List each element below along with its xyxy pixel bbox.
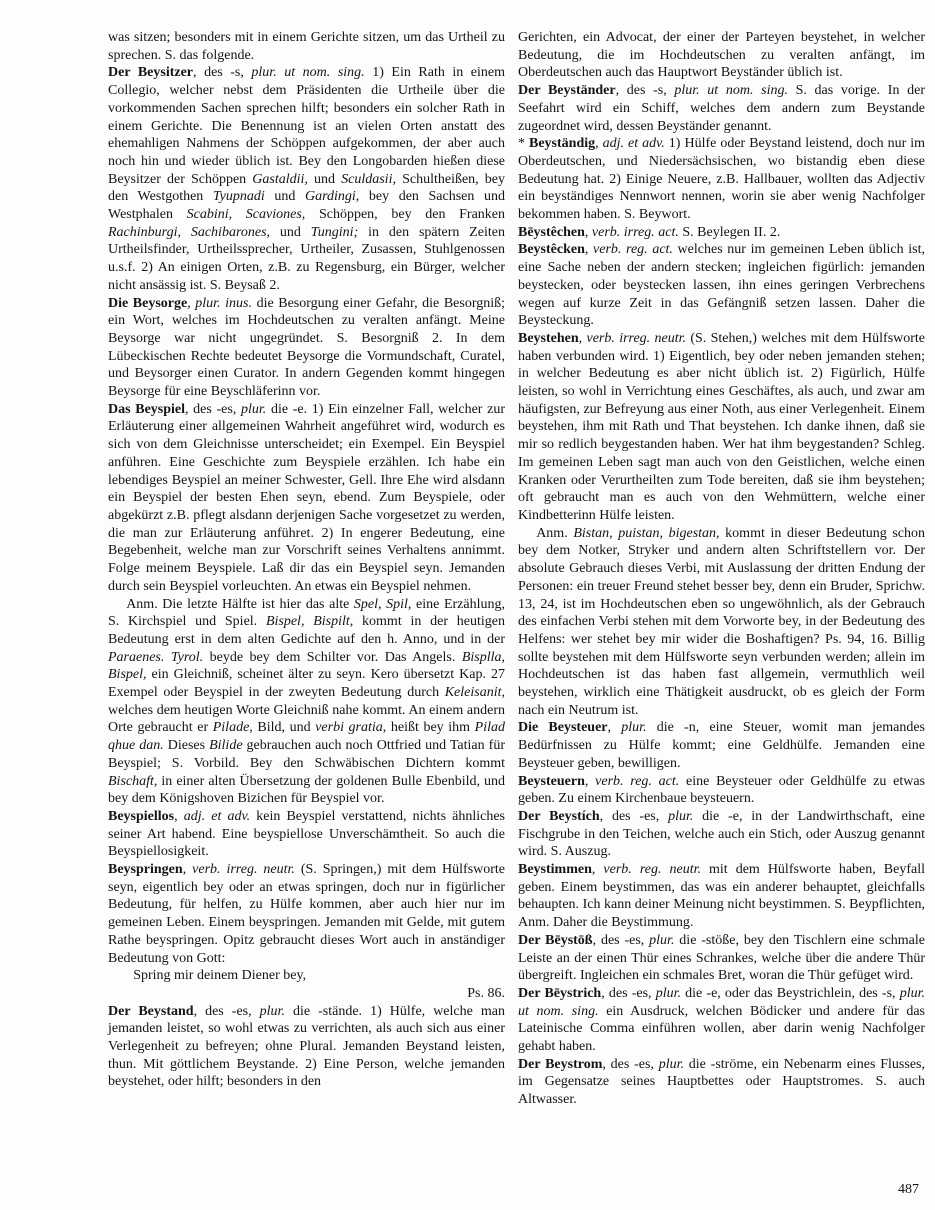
- text-run: , des -es,: [185, 402, 241, 417]
- entry-beysitzen-continuation: was sitzen; besonders mit in einem Geric…: [108, 29, 505, 64]
- entry-der-beystoss: Der Bēystōß, des -es, plur. die -stöße, …: [518, 932, 925, 985]
- entry-der-beystaender: Der Beyständer, des -s, plur. ut nom. si…: [518, 82, 925, 135]
- entry-die-beysorge: Die Beysorge, plur. inus. die Besorgung …: [108, 295, 505, 401]
- text-run: Anm. Die letzte Hälfte ist hier das alte: [126, 597, 354, 612]
- entry-beystehen: Beystehen, verb. irreg. neutr. (S. Stehe…: [518, 330, 925, 525]
- anm-beyspiel: Anm. Die letzte Hälfte ist hier das alte…: [108, 596, 505, 808]
- right-column: Gerichten, ein Advocat, der einer der Pa…: [518, 29, 925, 1109]
- text-run: Bistan, puistan, bigestan,: [573, 526, 719, 541]
- text-run: heißt bey ihm: [386, 720, 474, 735]
- headword: Die Beysorge: [108, 296, 187, 311]
- text-run: ,: [585, 225, 592, 240]
- text-run: ,: [585, 242, 593, 257]
- entry-die-beysteuer: Die Beysteuer, plur. die -n, eine Steuer…: [518, 719, 925, 772]
- text-run: (S. Springen,) mit dem Hülfsworte seyn, …: [108, 862, 505, 966]
- text-area: was sitzen; besonders mit in einem Geric…: [0, 0, 935, 1109]
- headword: Das Beyspiel: [108, 402, 185, 417]
- text-run: ,: [183, 862, 192, 877]
- entry-der-beystrich: Der Bēystrich, des -es, plur. die -e, od…: [518, 985, 925, 1056]
- text-run: verb. irreg. act.: [592, 225, 679, 240]
- text-run: plur.: [659, 1057, 684, 1072]
- text-run: plur.: [260, 1004, 285, 1019]
- text-run: verb. reg. act.: [593, 242, 673, 257]
- headword: Der Beystrom: [518, 1057, 602, 1072]
- headword: Der Beystích: [518, 809, 600, 824]
- text-run: Paraenes. Tyrol.: [108, 650, 203, 665]
- entry-beystimmen: Beystimmen, verb. reg. neutr. mit dem Hü…: [518, 861, 925, 932]
- headword: Die Beysteuer: [518, 720, 608, 735]
- headword: Bēystêchen: [518, 225, 585, 240]
- text-run: plur.: [621, 720, 646, 735]
- entry-beyspringen: Beyspringen, verb. irreg. neutr. (S. Spr…: [108, 861, 505, 967]
- text-run: Gerichten, ein Advocat, der einer der Pa…: [518, 30, 925, 80]
- entry-der-beystich: Der Beystích, des -es, plur. die -e, in …: [518, 808, 925, 861]
- text-run: beyde bey dem Schilter vor. Das Angels.: [203, 650, 462, 665]
- entry-beysteuern: Beysteuern, verb. reg. act. eine Beysteu…: [518, 773, 925, 808]
- text-run: Spring mir deinem Diener bey,: [133, 968, 306, 983]
- text-run: Ps. 86.: [467, 986, 505, 1001]
- text-run: plur. inus.: [195, 296, 252, 311]
- text-run: , des -es,: [601, 986, 655, 1001]
- dictionary-page: was sitzen; besonders mit in einem Geric…: [0, 0, 935, 1210]
- text-run: 1) Ein Rath in einem Collegio, welcher n…: [108, 65, 505, 186]
- text-run: ,: [585, 774, 595, 789]
- text-run: Gastaldii,: [252, 172, 308, 187]
- text-run: die Besorgung einer Gefahr, die Besorgni…: [108, 296, 505, 400]
- headword: Der Beystand: [108, 1004, 194, 1019]
- text-run: , des -s,: [616, 83, 675, 98]
- entry-beystechen: Bēystêchen, verb. irreg. act. S. Beylege…: [518, 224, 925, 242]
- entry-beystand-continuation: Gerichten, ein Advocat, der einer der Pa…: [518, 29, 925, 82]
- text-run: Bispel, Bispilt,: [266, 614, 353, 629]
- entry-beyspiellos: Beyspiellos, adj. et adv. kein Beyspiel …: [108, 808, 505, 861]
- text-run: verb. irreg. neutr.: [587, 331, 687, 346]
- text-run: Keleisanit,: [445, 685, 505, 700]
- text-run: ,: [608, 720, 622, 735]
- text-run: kommt in dieser Bedeutung schon bey dem …: [518, 526, 925, 718]
- headword: Der Beysitzer: [108, 65, 193, 80]
- entry-beystaendig: * Beyständig, adj. et adv. 1) Hülfe oder…: [518, 135, 925, 224]
- text-run: die -e, oder das Beystrichlein, des -s,: [681, 986, 900, 1001]
- text-run: S. Beylegen II. 2.: [679, 225, 780, 240]
- text-run: die -e. 1) Ein einzelner Fall, welcher z…: [108, 402, 505, 594]
- text-run: adj. et adv.: [603, 136, 665, 151]
- entry-beystecken: Beystêcken, verb. reg. act. welches nur …: [518, 241, 925, 330]
- text-run: Tyupnadi: [213, 189, 265, 204]
- text-run: Bischaft,: [108, 774, 157, 789]
- text-run: Dieses: [164, 738, 209, 753]
- text-run: ,: [579, 331, 587, 346]
- text-run: , des -es,: [600, 809, 668, 824]
- headword: Beyständig: [529, 136, 595, 151]
- text-run: plur.: [241, 402, 266, 417]
- text-run: plur. ut nom. sing.: [251, 65, 364, 80]
- text-run: Spel, Spil,: [354, 597, 412, 612]
- text-run: Pilade,: [213, 720, 253, 735]
- text-run: verbi gratia,: [315, 720, 386, 735]
- text-run: ,: [595, 136, 603, 151]
- text-run: und: [270, 225, 311, 240]
- text-run: (S. Stehen,) welches mit dem Hülfsworte …: [518, 331, 925, 523]
- headword: Der Bēystrich: [518, 986, 601, 1001]
- verse-ref-psalm: Ps. 86.: [108, 985, 505, 1003]
- entry-das-beyspiel: Das Beyspiel, des -es, plur. die -e. 1) …: [108, 401, 505, 596]
- headword: Der Bēystōß: [518, 933, 593, 948]
- text-run: plur. ut nom. sing.: [674, 83, 788, 98]
- text-run: plur.: [649, 933, 674, 948]
- text-run: verb. reg. act.: [595, 774, 679, 789]
- entry-der-beysitzer: Der Beysitzer, des -s, plur. ut nom. sin…: [108, 64, 505, 294]
- headword: Beystimmen: [518, 862, 592, 877]
- text-run: und: [308, 172, 341, 187]
- text-run: , des -es,: [602, 1057, 658, 1072]
- headword: Beystêcken: [518, 242, 585, 257]
- text-run: und: [265, 189, 305, 204]
- headword: Der Beyständer: [518, 83, 616, 98]
- text-run: Bilide: [209, 738, 242, 753]
- text-run: Scabini, Scaviones,: [187, 207, 306, 222]
- verse-opitz: Spring mir deinem Diener bey,: [108, 967, 505, 985]
- text-run: Anm.: [536, 526, 573, 541]
- text-run: , des -es,: [593, 933, 650, 948]
- text-run: ,: [592, 862, 604, 877]
- entry-der-beystand: Der Beystand, des -es, plur. die -stände…: [108, 1003, 505, 1092]
- text-run: , des -es,: [194, 1004, 260, 1019]
- anm-beystehen: Anm. Bistan, puistan, bigestan, kommt in…: [518, 525, 925, 720]
- text-run: in einer alten Übersetzung der goldenen …: [108, 774, 505, 807]
- text-run: adj. et adv.: [184, 809, 250, 824]
- text-run: , des -s,: [193, 65, 251, 80]
- text-run: Schöppen, bey den Franken: [305, 207, 505, 222]
- entry-der-beystrom: Der Beystrom, des -es, plur. die -ströme…: [518, 1056, 925, 1109]
- text-run: plur.: [668, 809, 693, 824]
- text-run: Bild, und: [253, 720, 315, 735]
- text-run: verb. reg. neutr.: [603, 862, 701, 877]
- headword: Beystehen: [518, 331, 579, 346]
- left-column: was sitzen; besonders mit in einem Geric…: [108, 29, 505, 1109]
- text-run: was sitzen; besonders mit in einem Geric…: [108, 30, 505, 63]
- headword: Beyspringen: [108, 862, 183, 877]
- text-run: Gardingi,: [305, 189, 359, 204]
- text-run: verb. irreg. neutr.: [192, 862, 295, 877]
- text-run: Rachinburgi, Sachibarones,: [108, 225, 270, 240]
- text-run: *: [518, 136, 529, 151]
- text-run: plur.: [656, 986, 681, 1001]
- text-run: Sculdasii,: [341, 172, 396, 187]
- headword: Beyspiellos: [108, 809, 174, 824]
- headword: Beysteuern: [518, 774, 585, 789]
- text-run: ,: [174, 809, 184, 824]
- text-run: Tungini;: [311, 225, 358, 240]
- page-number: 487: [898, 1182, 919, 1198]
